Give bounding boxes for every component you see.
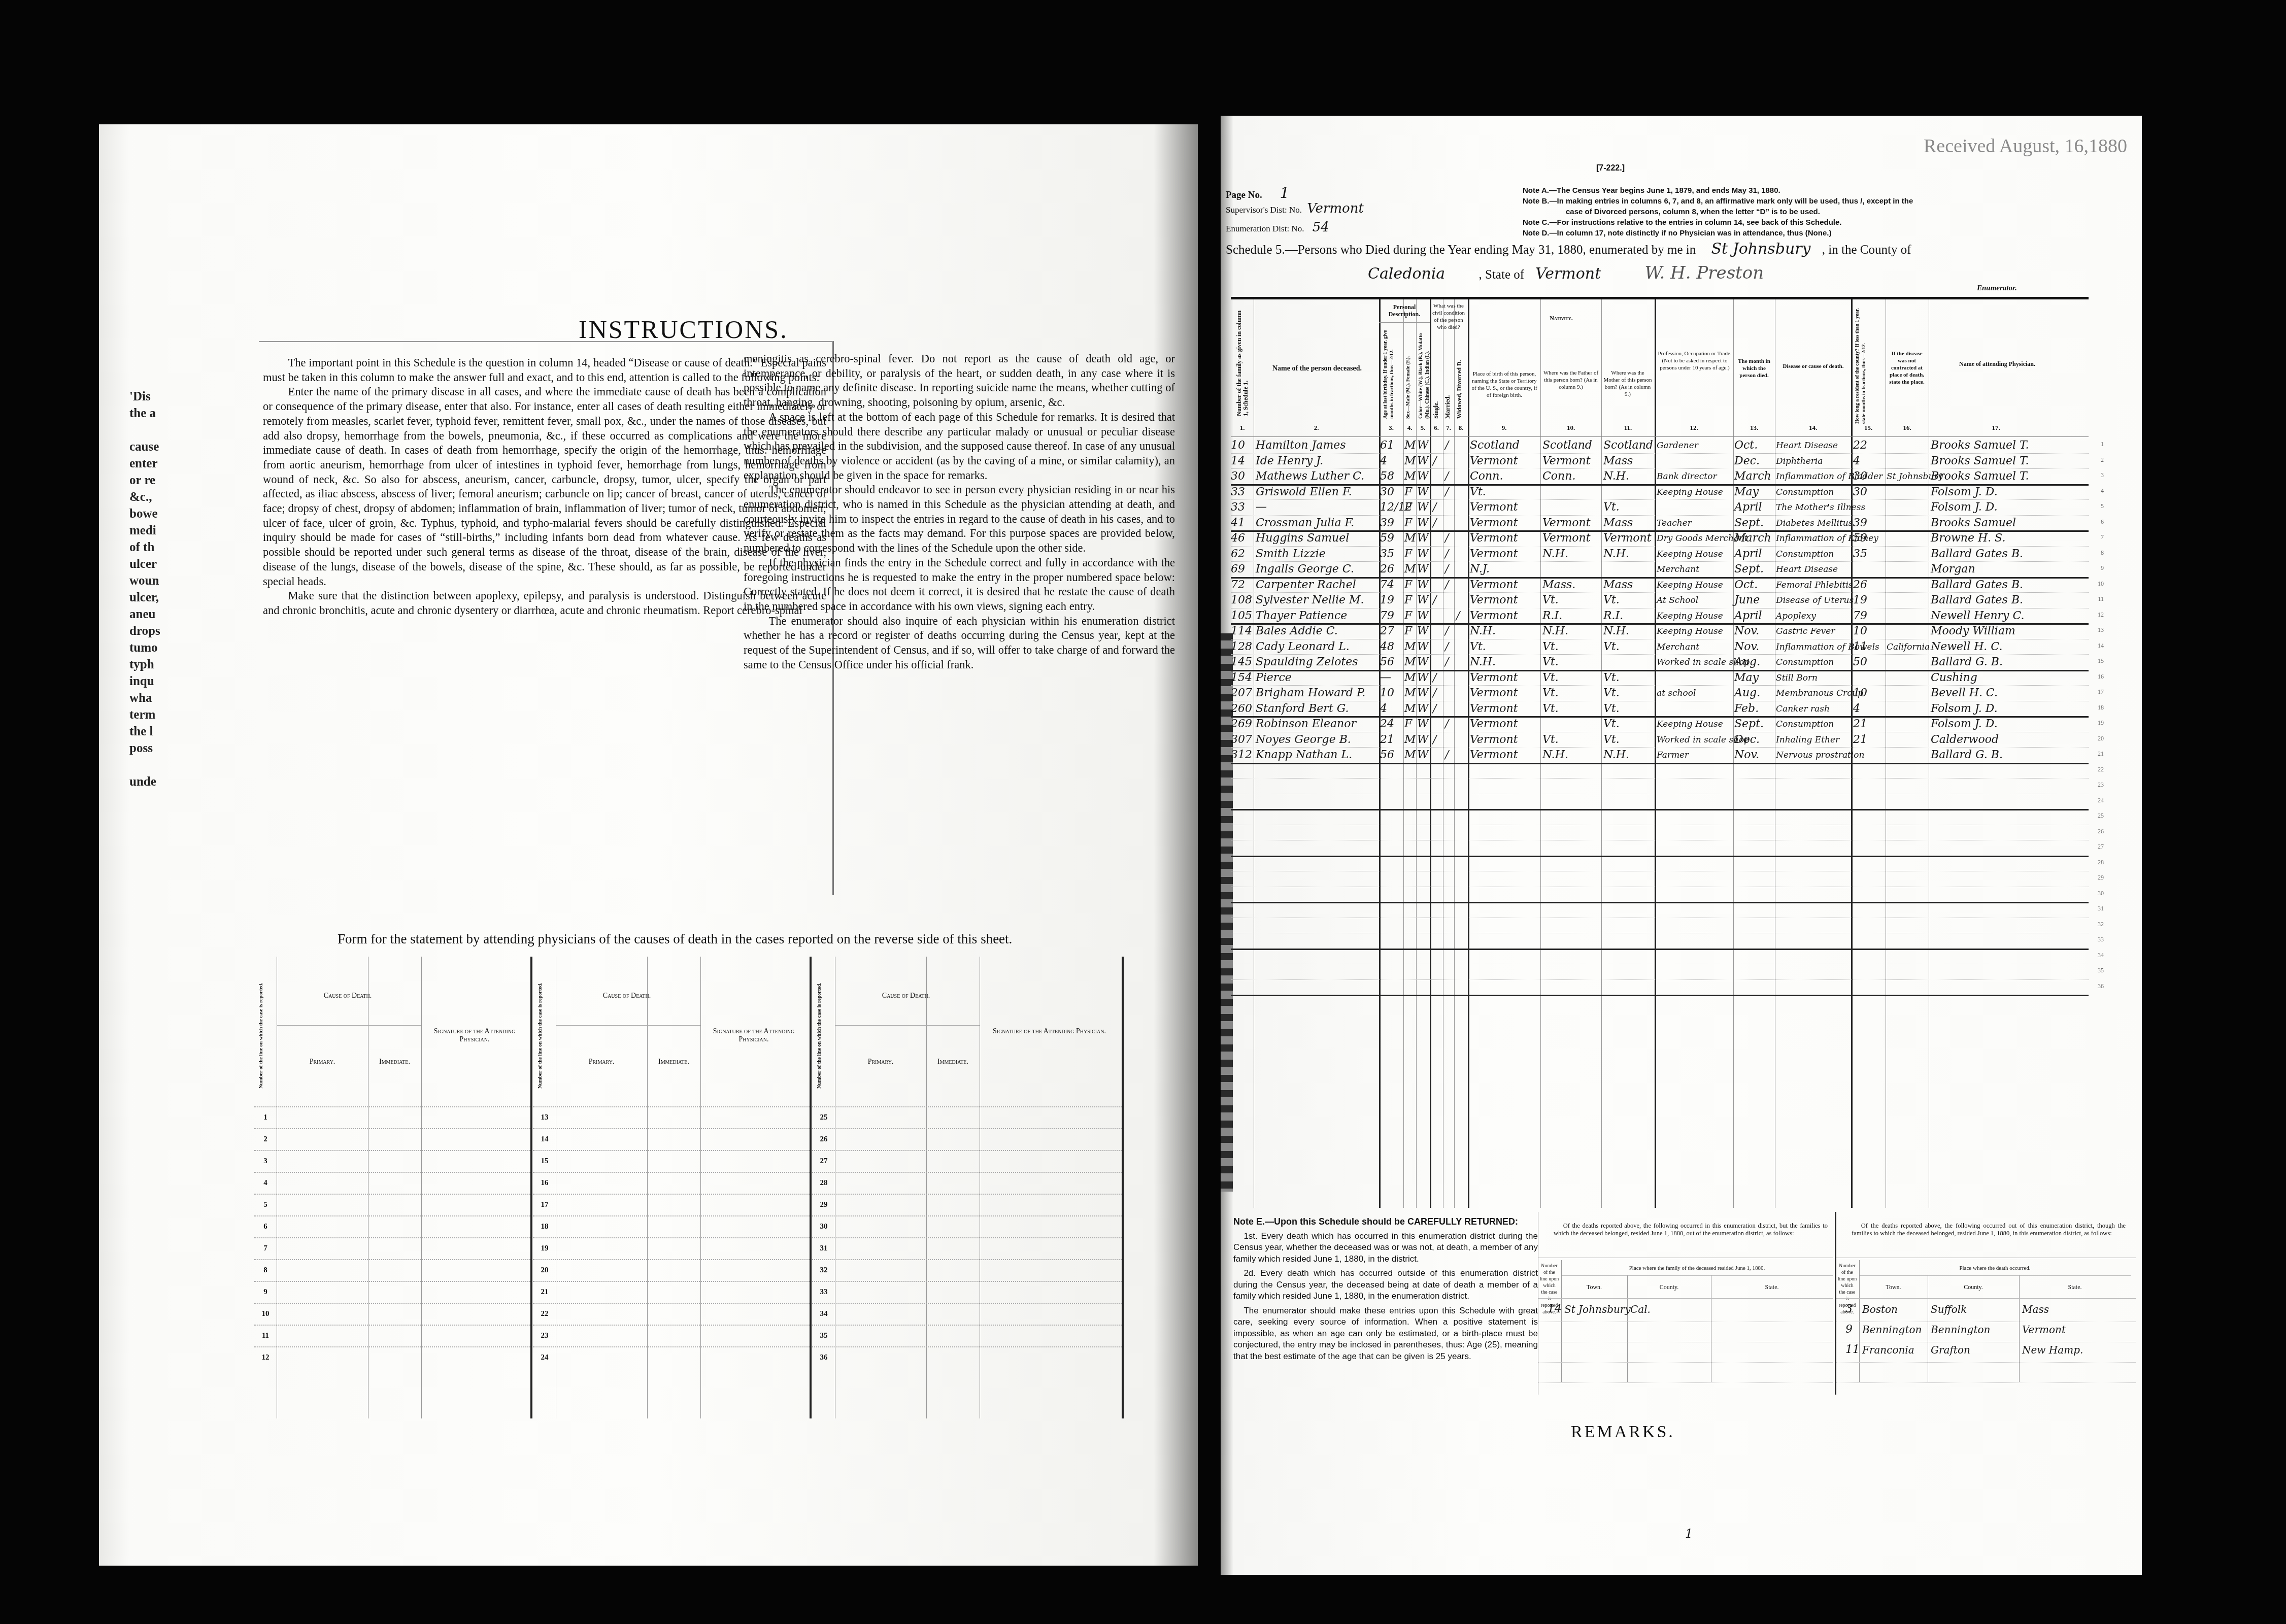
cell-disease: Diphtheria (1776, 454, 1823, 468)
cell-family: 207 (1231, 686, 1252, 700)
place-header: Place where the family of the deceased r… (1561, 1265, 1833, 1272)
instructions-page: 'Dis the a cause enter or re &c., bowe m… (99, 124, 1198, 1566)
row-number: 23 (537, 1332, 552, 1340)
row-number: 32 (816, 1266, 831, 1275)
physician-form-row[interactable]: 26 (812, 1128, 1122, 1151)
header-family-number: Number of the family as given in column … (1236, 304, 1249, 416)
physician-form-row[interactable]: 36 (812, 1346, 1122, 1369)
primary-header: Primary. (556, 1058, 647, 1066)
cell-family: 260 (1231, 702, 1252, 716)
sub-table-row[interactable] (1538, 1362, 1833, 1383)
form-note: Note B.—In making entries in columns 6, … (1523, 196, 1913, 207)
cell-age: 26 (1380, 562, 1394, 577)
sub-table-row[interactable] (1538, 1342, 1833, 1363)
primary-header: Primary. (277, 1058, 368, 1066)
table-row[interactable]: 29 (1231, 871, 2089, 887)
physician-form-row[interactable]: 1 (254, 1106, 530, 1129)
cell-disease: Nervous prostration (1776, 748, 1865, 762)
cell-county: Cal. (1630, 1302, 1651, 1316)
line-number: 23 (2098, 781, 2104, 789)
cell-county: Grafton (1931, 1343, 1970, 1357)
row-number: 26 (816, 1135, 831, 1144)
cell-married: / (1445, 531, 1449, 546)
table-row[interactable]: 23 (1231, 778, 2089, 794)
place-header: Place where the death occurred. (1859, 1265, 2131, 1272)
sub-header-rule (1836, 1298, 2136, 1299)
sub-table-row[interactable] (1538, 1322, 1833, 1342)
cell-single: / (1433, 686, 1436, 700)
cell-town: Bennington (1862, 1323, 1922, 1337)
column-number: 12. (1655, 424, 1733, 432)
cell-sex: M (1404, 671, 1416, 685)
table-row[interactable]: 41Crossman Julia F.39FW/VermontVermontMa… (1231, 515, 2089, 532)
sub-table-intro: Of the deaths reported above, the follow… (1852, 1222, 2126, 1237)
cell-age: 19 (1380, 593, 1394, 607)
column-number: 8. (1454, 424, 1468, 432)
cell-sex: M (1404, 655, 1416, 669)
cell-family: 108 (1231, 593, 1252, 607)
cell-color: W (1417, 748, 1429, 762)
cell-married: / (1445, 717, 1449, 731)
row-number: 30 (816, 1223, 831, 1231)
column-number: 7. (1443, 424, 1454, 432)
physician-form-row[interactable]: 18 (533, 1215, 810, 1238)
cell-birth: Vermont (1470, 454, 1518, 468)
cell-line: 3 (1845, 1302, 1853, 1316)
row-number: 18 (537, 1223, 552, 1231)
cell-physician: Folsom J. D. (1931, 717, 1998, 731)
table-row[interactable]: 69Ingalls George C.26MW/N.J.MerchantSept… (1231, 561, 2089, 579)
instruction-paragraph: meningitis as cerebro-spinal fever. Do n… (744, 352, 1175, 410)
cell-month: April (1734, 547, 1762, 561)
page-no-label: Page No. (1226, 190, 1262, 200)
cell-married: / (1445, 562, 1449, 577)
table-row[interactable]: 145Spaulding Zelotes56MW/N.H.Vt.Worked i… (1231, 654, 2089, 671)
physician-form-row[interactable]: 20 (533, 1259, 810, 1282)
table-row[interactable]: 33—12/12FW/VermontVt.AprilThe Mother's I… (1231, 499, 2089, 516)
table-row[interactable]: 62Smith Lizzie35FW/VermontN.H.N.H.Keepin… (1231, 546, 2089, 562)
cell-resident: 35 (1853, 547, 1867, 561)
cell-physician: Ballard Gates B. (1931, 547, 2023, 561)
physician-form-row[interactable]: 15 (533, 1150, 810, 1173)
cell-age: 10 (1380, 686, 1394, 700)
cell-month: May (1734, 485, 1759, 499)
row-number: 28 (816, 1179, 831, 1188)
cell-father: Mass. (1542, 578, 1575, 592)
supervisor-value: Vermont (1307, 201, 1364, 216)
physician-form-row[interactable]: 35 (812, 1325, 1122, 1347)
physician-form-block: Number of the line on which the case is … (254, 957, 532, 1418)
cell-birth: Scotland (1470, 438, 1520, 453)
cell-physician: Browne H. S. (1931, 531, 2005, 546)
supervisor-label: Supervisor's Dist: No. (1226, 205, 1302, 215)
primary-header: Primary. (835, 1058, 926, 1066)
header-married: Married. (1444, 381, 1451, 419)
row-number: 12 (258, 1354, 273, 1362)
table-row[interactable]: 32 (1231, 918, 2089, 934)
cell-mother: Mass (1603, 516, 1633, 530)
cell-married: / (1445, 438, 1449, 453)
cell-mother: Vt. (1603, 733, 1620, 747)
cell-birth: Vermont (1470, 702, 1518, 716)
physician-form-row[interactable]: 8 (254, 1259, 530, 1282)
cell-birth: Vermont (1470, 671, 1518, 685)
row-number: 9 (258, 1288, 273, 1297)
cell-occupation: Keeping House (1657, 624, 1723, 638)
cell-age: 58 (1380, 469, 1394, 484)
cell-mother: Vt. (1603, 500, 1620, 515)
cell-disease: Consumption (1776, 485, 1834, 499)
cell-mother: Mass (1603, 578, 1633, 592)
cell-color: W (1417, 686, 1429, 700)
physician-form-row[interactable]: 12 (254, 1346, 530, 1369)
row-number: 27 (816, 1157, 831, 1166)
line-number: 31 (2098, 905, 2104, 912)
cell-single: / (1433, 733, 1436, 747)
bleed-through-text: 'Dis the a cause enter or re &c., bowe m… (129, 388, 170, 790)
cell-month: Dec. (1734, 454, 1760, 468)
cell-name: Robinson Eleanor (1256, 717, 1356, 731)
cause-header-rule (835, 1025, 980, 1026)
cell-name: — (1256, 500, 1267, 515)
instruction-paragraph: The enumerator should also inquire of ea… (744, 614, 1175, 672)
row-number: 4 (258, 1179, 273, 1188)
cell-line: 9 (1845, 1323, 1853, 1337)
instruction-paragraph: The important point in this Schedule is … (263, 356, 826, 385)
cell-father: Vt. (1542, 686, 1559, 700)
table-row[interactable]: 10Hamilton James61MW/ScotlandScotlandSco… (1231, 437, 2089, 454)
table-row[interactable]: 207Brigham Howard P.10MW/VermontVt.Vt.at… (1231, 685, 2089, 701)
sub-table-row[interactable] (1836, 1362, 2136, 1383)
cell-month: April (1734, 609, 1762, 623)
physician-form-row[interactable]: 27 (812, 1150, 1122, 1173)
cell-birth: Vermont (1470, 686, 1518, 700)
physician-form-row[interactable]: 34 (812, 1303, 1122, 1326)
physician-form-row[interactable]: 14 (533, 1128, 810, 1151)
cell-resident: 30 (1853, 485, 1867, 499)
instructions-title: INSTRUCTIONS. (579, 315, 788, 344)
cell-age: 56 (1380, 655, 1394, 669)
sub-rule (1836, 1258, 2136, 1258)
cell-birth: Vermont (1470, 593, 1518, 607)
cell-name: Huggins Samuel (1256, 531, 1349, 546)
physician-form-row[interactable]: 6 (254, 1215, 530, 1238)
cell-name: Smith Lizzie (1256, 547, 1326, 561)
cell-physician: Ballard Gates B. (1931, 593, 2023, 607)
cell-month: March (1734, 469, 1771, 484)
column-number: 16. (1886, 424, 1929, 432)
page-number-field: Page No. 1 (1226, 184, 1290, 202)
cell-state: Vermont (2022, 1323, 2066, 1337)
cell-sex: F (1404, 624, 1412, 638)
cell-family: 269 (1231, 717, 1252, 731)
table-row[interactable]: 114Bales Addie C.27FW/N.H.N.H.N.H.Keepin… (1231, 623, 2089, 639)
table-row[interactable]: 105Thayer Patience79FW/VermontR.I.R.I.Ke… (1231, 608, 2089, 625)
cause-header-rule (556, 1025, 700, 1026)
table-row[interactable]: 30 (1231, 887, 2089, 904)
cell-color: W (1417, 624, 1429, 638)
cell-color: W (1417, 671, 1429, 685)
table-row[interactable]: 30Mathews Luther C.58MW/Conn.Conn.N.H.Ba… (1231, 468, 2089, 486)
header-contracted-place: If the disease was not contracted at pla… (1887, 350, 1927, 386)
physician-form-row[interactable]: 31 (812, 1237, 1122, 1260)
cell-resident: 11 (1853, 640, 1867, 654)
row-number: 21 (537, 1288, 552, 1297)
cell-physician: Newell Henry C. (1931, 609, 2025, 623)
physician-form-row[interactable]: 23 (533, 1325, 810, 1347)
line-number: 20 (2098, 735, 2104, 742)
row-number: 7 (258, 1244, 273, 1253)
header-widowed: Widowed, Divorced D. (1456, 345, 1463, 419)
cell-physician: Ballard G. B. (1931, 655, 2003, 669)
header-birthplace: Place of birth of this person, naming th… (1469, 370, 1539, 399)
line-number: 21 (2098, 750, 2104, 758)
cell-month: Oct. (1734, 438, 1758, 453)
cell-father: N.H. (1542, 748, 1568, 762)
cell-disease: Disease of Uterus (1776, 593, 1854, 607)
cell-birth: Vermont (1470, 717, 1518, 731)
cell-father: R.I. (1542, 609, 1562, 623)
sub-table-row[interactable]: 9BenningtonBenningtonVermont (1836, 1322, 2136, 1342)
cell-name: Ingalls George C. (1256, 562, 1354, 577)
table-row[interactable]: 24 (1231, 794, 2089, 811)
row-number: 16 (537, 1179, 552, 1188)
table-row[interactable]: 28 (1231, 856, 2089, 872)
cell-name: Hamilton James (1256, 438, 1346, 453)
cell-sex: M (1404, 686, 1416, 700)
cell-family: 62 (1231, 547, 1245, 561)
line-number: 12 (2098, 611, 2104, 619)
line-number: 11 (2098, 595, 2104, 603)
cell-sex: M (1404, 454, 1416, 468)
enumeration-label: Enumeration Dist: No. (1226, 224, 1304, 233)
column-number: 14. (1775, 424, 1851, 432)
cell-married: / (1445, 624, 1449, 638)
physician-form-row[interactable]: 16 (533, 1172, 810, 1195)
cell-month: Sept. (1734, 516, 1764, 530)
cell-age: 35 (1380, 547, 1394, 561)
cell-disease: Heart Disease (1776, 438, 1838, 453)
signature-header: Signature of the Attending Physician. (424, 1028, 525, 1044)
table-row[interactable]: 34 (1231, 949, 2089, 965)
sub-table-row[interactable]: 11FranconiaGraftonNew Hamp. (1836, 1342, 2136, 1363)
line-number: 30 (2098, 890, 2104, 897)
physician-form-row[interactable]: 4 (254, 1172, 530, 1195)
signature-header: Signature of the Attending Physician. (703, 1028, 804, 1044)
physician-form-row[interactable]: 24 (533, 1346, 810, 1369)
sub-table-row[interactable]: 3BostonSuffolkMass (1836, 1301, 2136, 1322)
cell-color: W (1417, 531, 1429, 546)
cell-resident: 30 (1853, 469, 1867, 484)
table-row[interactable]: 72Carpenter Rachel74FW/VermontMass.MassK… (1231, 577, 2089, 593)
form-note: Note C.—For instructions relative to the… (1523, 217, 1913, 228)
cell-disease: The Mother's Illness (1776, 500, 1865, 515)
physician-form-row[interactable]: 7 (254, 1237, 530, 1260)
instruction-paragraph: If the physician finds the entry in the … (744, 556, 1175, 614)
line-number: 5 (2101, 502, 2104, 510)
table-row[interactable]: 260Stanford Bert G.4MW/VermontVt.Vt.Feb.… (1231, 701, 2089, 718)
line-number: 4 (2101, 487, 2104, 495)
physician-form-row[interactable]: 33 (812, 1281, 1122, 1304)
schedule-title: Schedule 5.—Persons who Died during the … (1226, 243, 1696, 257)
town-header: Town. (1859, 1284, 1928, 1291)
table-row[interactable]: 14Ide Henry J.4MW/VermontVermontMassDec.… (1231, 453, 2089, 469)
cell-physician: Folsom J. D. (1931, 500, 1998, 515)
cell-resident: 19 (1853, 593, 1867, 607)
sub-table-row[interactable]: 14St JohnsburyCal. (1538, 1301, 1833, 1322)
cell-mother: Mass (1603, 454, 1633, 468)
line-number: 19 (2098, 719, 2104, 727)
physician-form-block: Number of the line on which the case is … (812, 957, 1124, 1418)
cell-birth: N.H. (1470, 624, 1496, 638)
sub-header-rule (1538, 1298, 1833, 1299)
cell-name: Thayer Patience (1256, 609, 1347, 623)
line-number: 26 (2098, 828, 2104, 835)
table-row[interactable]: 35 (1231, 964, 2089, 980)
cell-resident: 39 (1853, 516, 1867, 530)
cell-place: California (1887, 640, 1930, 654)
cell-occupation: At School (1657, 593, 1698, 607)
header-civil-condition: What was the civil condition of the pers… (1430, 302, 1467, 331)
cell-age: 59 (1380, 531, 1394, 546)
cell-sex: M (1404, 748, 1416, 762)
header-father-birthplace: Where was the Father of this person born… (1541, 369, 1600, 391)
immediate-header: Immediate. (647, 1058, 700, 1066)
table-row[interactable]: 27 (1231, 840, 2089, 857)
physician-form-row[interactable]: 2 (254, 1128, 530, 1151)
column-number: 11. (1601, 424, 1655, 432)
cell-married: / (1445, 655, 1449, 669)
instructions-column-2: meningitis as cerebro-spinal fever. Do n… (744, 352, 1175, 672)
column-number: 10. (1540, 424, 1601, 432)
cell-single: / (1433, 516, 1436, 530)
cell-birth: Vermont (1470, 531, 1518, 546)
cell-mother: N.H. (1603, 748, 1629, 762)
table-row[interactable]: 22 (1231, 763, 2089, 779)
cell-sex: M (1404, 562, 1416, 577)
cell-name: Brigham Howard P. (1256, 686, 1365, 700)
cell-age: 4 (1380, 702, 1387, 716)
column-number: 2. (1254, 424, 1379, 432)
cell-sex: M (1404, 438, 1416, 453)
table-row[interactable]: 33Griswold Ellen F.30FW/Vt.Keeping House… (1231, 484, 2089, 500)
immediate-header: Immediate. (368, 1058, 421, 1066)
table-row[interactable]: 33 (1231, 933, 2089, 950)
line-number-header: Number of the line on which the case is … (537, 967, 544, 1089)
row-number: 22 (537, 1310, 552, 1318)
row-number: 24 (537, 1354, 552, 1362)
instruction-paragraph: The enumerator should endeavor to see in… (744, 483, 1175, 556)
cell-father: Vermont (1542, 454, 1591, 468)
cell-name: Knapp Nathan L. (1256, 748, 1352, 762)
cell-color: W (1417, 733, 1429, 747)
physician-form-row[interactable]: 30 (812, 1215, 1122, 1238)
cell-color: W (1417, 454, 1429, 468)
column-number: 6. (1430, 424, 1443, 432)
cell-physician: Folsom J. D. (1931, 702, 1998, 716)
table-row[interactable]: 31 (1231, 902, 2089, 918)
line-number: 8 (2101, 549, 2104, 557)
cell-physician: Brooks Samuel T. (1931, 438, 2029, 453)
cell-color: W (1417, 469, 1429, 484)
state-label: , State of (1479, 268, 1525, 282)
cell-father: N.H. (1542, 547, 1568, 561)
physician-form-row[interactable]: 28 (812, 1172, 1122, 1195)
table-row[interactable]: 26 (1231, 825, 2089, 841)
table-row[interactable]: 108Sylvester Nellie M.19FW/VermontVt.Vt.… (1231, 592, 2089, 608)
physician-form-row[interactable]: 25 (812, 1106, 1122, 1129)
personal-rule (1379, 322, 1430, 323)
cell-occupation: Farmer (1657, 748, 1689, 762)
table-row[interactable]: 307Noyes George B.21MW/VermontVt.Vt.Work… (1231, 732, 2089, 748)
cell-disease: Consumption (1776, 547, 1834, 561)
table-row[interactable]: 154Pierce—MW/VermontVt.Vt.MayStill BornC… (1231, 670, 2089, 686)
table-row[interactable]: 312Knapp Nathan L.56MW/VermontN.H.N.H.Fa… (1231, 747, 2089, 764)
row-number: 8 (258, 1266, 273, 1275)
physician-form-row[interactable]: 13 (533, 1106, 810, 1129)
cell-mother: Vt. (1603, 717, 1620, 731)
physician-form-row[interactable]: 21 (533, 1281, 810, 1304)
physician-form-row[interactable]: 17 (533, 1194, 810, 1216)
physician-form-title: Form for the statement by attending phys… (338, 931, 1012, 947)
line-number: 35 (2098, 967, 2104, 974)
table-row[interactable]: 128Cady Leonard L.48MW/Vt.Vt.Vt.Merchant… (1231, 639, 2089, 655)
county-value: Caledonia (1368, 265, 1445, 283)
cell-age: 30 (1380, 485, 1394, 499)
cause-of-death-header: Cause of Death. (556, 992, 698, 1000)
physician-form-row[interactable]: 29 (812, 1194, 1122, 1216)
physician-form-row[interactable]: 32 (812, 1259, 1122, 1282)
table-row[interactable]: 25 (1231, 809, 2089, 825)
row-number: 15 (537, 1157, 552, 1166)
cell-resident: 4 (1853, 702, 1860, 716)
header-mother-birthplace: Where was the Mother of this person born… (1602, 369, 1653, 398)
cell-color: W (1417, 655, 1429, 669)
cell-father: Vt. (1542, 702, 1559, 716)
line-number: 13 (2098, 626, 2104, 634)
column-number: 17. (1929, 424, 2063, 432)
cell-month: Feb. (1734, 702, 1759, 716)
cell-physician: Newell H. C. (1931, 640, 2002, 654)
physician-form-row[interactable]: 22 (533, 1303, 810, 1326)
cell-physician: Brooks Samuel T. (1931, 469, 2029, 484)
cell-father: Vt. (1542, 671, 1559, 685)
cell-name: Cady Leonard L. (1256, 640, 1350, 654)
physician-form-row[interactable]: 5 (254, 1194, 530, 1216)
header-personal-description: Personal Description. (1379, 303, 1430, 318)
physician-form-row[interactable]: 3 (254, 1150, 530, 1173)
cell-age: 56 (1380, 748, 1394, 762)
place-rule (1859, 1275, 2131, 1276)
table-row[interactable]: 269Robinson Eleanor24FW/VermontVt.Keepin… (1231, 716, 2089, 732)
cell-name: Crossman Julia F. (1256, 516, 1354, 530)
cell-single: / (1433, 593, 1436, 607)
cell-mother: N.H. (1603, 547, 1629, 561)
form-code: [7-222.] (1596, 164, 1625, 173)
physician-form-row[interactable]: 9 (254, 1281, 530, 1304)
row-number: 3 (258, 1157, 273, 1166)
cell-sex: F (1404, 485, 1412, 499)
cell-sex: F (1404, 500, 1412, 515)
row-number: 35 (816, 1332, 831, 1340)
physician-form-row[interactable]: 10 (254, 1303, 530, 1326)
physician-form-row[interactable]: 11 (254, 1325, 530, 1347)
physician-form-row[interactable]: 19 (533, 1237, 810, 1260)
cell-color: W (1417, 640, 1429, 654)
table-row[interactable]: 36 (1231, 979, 2089, 997)
table-row[interactable]: 46Huggins Samuel59MW/VermontVermontVermo… (1231, 530, 2089, 547)
cell-age: 24 (1380, 717, 1394, 731)
